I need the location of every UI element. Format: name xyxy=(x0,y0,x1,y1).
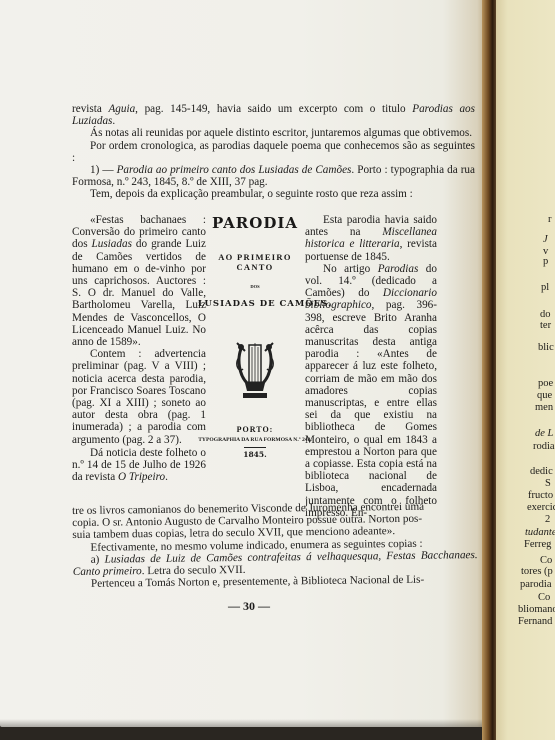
paragraph-rosto: Tem, depois da explicação preambular, o … xyxy=(72,188,475,200)
title-page-work: LUSIADAS DE CAMÕES. xyxy=(198,299,312,309)
right-page-fragment: dedic xyxy=(530,466,553,477)
right-page-fragment: tores (p xyxy=(521,566,553,577)
right-page-fragment: blic xyxy=(538,342,554,353)
title-page-title: PARODIA xyxy=(206,214,304,232)
right-page-fragment: men xyxy=(535,402,553,413)
book-gutter xyxy=(482,0,496,740)
closing-text: tre os livros camonianos do benemerito V… xyxy=(72,500,478,590)
title-page-printer: TYPOGRAPHIA DA RUA FORMOSA N.º 243. xyxy=(196,437,314,443)
paragraph-diccionario: No artigo Parodias do vol. 14.º (dedicad… xyxy=(305,263,437,519)
paragraph-notas: Ás notas ali reunidas por aquele distint… xyxy=(72,127,475,139)
title-page-year: 1845. xyxy=(206,450,304,459)
paragraph-item-1: 1) — Parodia ao primeiro canto dos Lusia… xyxy=(72,164,475,188)
right-page-fragment: tudante xyxy=(525,527,555,538)
right-page-fragment: ter xyxy=(540,320,551,331)
title-page-city: PORTO: xyxy=(206,425,304,434)
reproduced-title-page: PARODIA AO PRIMEIRO CANTO DOS LUSIADAS D… xyxy=(206,210,304,459)
right-column-text: Esta parodia havia saido antes na Miscel… xyxy=(305,214,437,519)
paragraph-contem: Contem : advertencia preliminar (pag. V … xyxy=(72,348,206,446)
right-page-fragment: J xyxy=(543,234,548,245)
right-page-fragment: do xyxy=(540,309,551,320)
right-page-fragment: poe xyxy=(538,378,553,389)
page-number: — 30 — xyxy=(228,599,270,614)
right-page-fragment: exercic xyxy=(527,502,555,513)
right-page-fragment: de L xyxy=(535,428,553,439)
right-page-fragment: fructo xyxy=(528,490,553,501)
paragraph-festas: «Festas bachanaes : Conversão do primeir… xyxy=(72,214,206,348)
lyre-icon xyxy=(235,339,275,403)
paragraph-noticia: Dá noticia deste folheto o n.º 14 de 15 … xyxy=(72,447,206,484)
title-page-subtitle: AO PRIMEIRO CANTO xyxy=(206,252,304,272)
right-page-fragment: r xyxy=(548,214,552,225)
right-page-fragment: parodia xyxy=(520,579,552,590)
right-page-fragment: 2 xyxy=(545,514,550,525)
right-page-fragment: bliomano xyxy=(518,604,555,615)
paragraph-aguia: revista Aguia, pag. 145-149, havia saido… xyxy=(72,103,475,127)
right-page-fragment: Fernand xyxy=(518,616,552,627)
right-page-fragment: pl xyxy=(541,282,549,293)
left-column-text: «Festas bachanaes : Conversão do primeir… xyxy=(72,214,206,483)
title-page-connector: DOS xyxy=(206,284,304,289)
paragraph-miscellanea: Esta parodia havia saido antes na Miscel… xyxy=(305,214,437,263)
right-page-fragment: que xyxy=(537,390,552,401)
right-page-fragment: S xyxy=(545,478,551,489)
title-page-rule xyxy=(244,447,266,448)
intro-text: revista Aguia, pag. 145-149, havia saido… xyxy=(72,103,475,201)
right-page-fragment: Co xyxy=(540,555,552,566)
right-page-fragment: p xyxy=(543,256,548,267)
paragraph-ordem: Por ordem cronologica, as parodias daque… xyxy=(72,140,475,164)
right-page-fragment: rodia xyxy=(533,441,555,452)
right-page-fragment: Co xyxy=(538,592,550,603)
right-book-page xyxy=(496,0,555,740)
right-page-fragment: Ferreg xyxy=(524,539,551,550)
